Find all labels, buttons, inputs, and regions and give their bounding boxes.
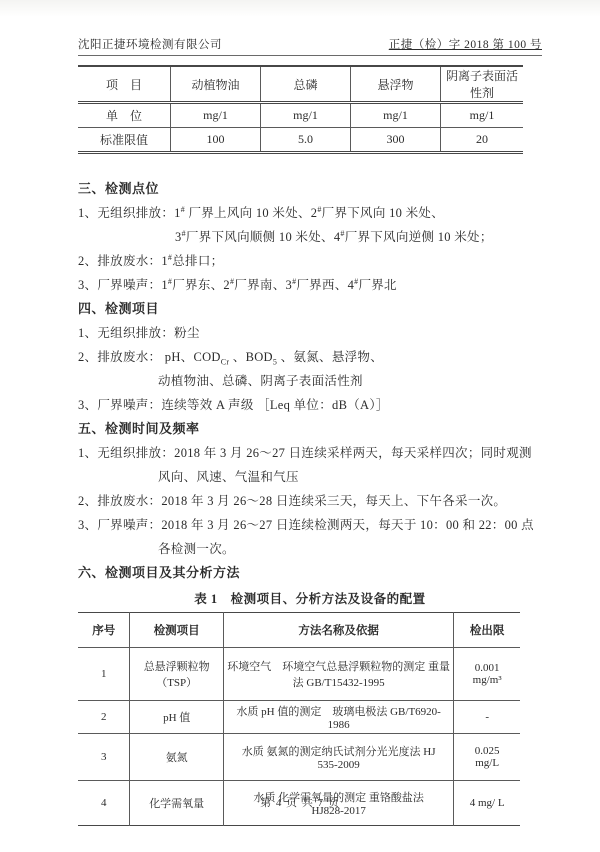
table-row: 单 位 mg/1 mg/1 mg/1 mg/1 [78, 103, 523, 128]
section-heading-time-frequency: 五、检测时间及频率 [78, 417, 542, 441]
table-row: 1 总悬浮颗粒物 （TSP） 环境空气 环境空气总悬浮颗粒物的测定 重量 法 G… [78, 648, 520, 701]
text-line: 3、厂界噪声：1#厂界东、2#厂界南、3#厂界西、4#厂界北 [78, 273, 542, 297]
cell-method: 水质 pH 值的测定 玻璃电极法 GB/T6920-1986 [223, 701, 453, 734]
cell: 300 [351, 128, 441, 153]
cell-method: 环境空气 环境空气总悬浮颗粒物的测定 重量 法 GB/T15432-1995 [223, 648, 453, 701]
table1-caption: 表 1 检测项目、分析方法及设备的配置 [78, 589, 542, 607]
column-header-method: 方法名称及依据 [223, 613, 453, 648]
text-line: 2、排放废水：1#总排口； [78, 249, 542, 273]
text-line: 动植物油、总磷、阴离子表面活性剂 [78, 369, 542, 393]
table-row: 项 目 动植物油 总磷 悬浮物 阴离子表面活性剂 [78, 66, 523, 103]
text-line: 3#厂界下风向顺侧 10 米处、4#厂界下风向逆侧 10 米处； [78, 225, 542, 249]
text-line: 风向、风速、气温和气压 [78, 465, 542, 489]
text-line: 3、厂界噪声：2018 年 3 月 26～27 日连续检测两天，每天于 10：0… [78, 513, 542, 537]
cell: 悬浮物 [351, 66, 441, 103]
table-row: 2 pH 值 水质 pH 值的测定 玻璃电极法 GB/T6920-1986 - [78, 701, 520, 734]
cell-limit: 0.001 mg/m³ [454, 648, 520, 701]
table-header-row: 序号 检测项目 方法名称及依据 检出限 [78, 613, 520, 648]
text-line: 1、无组织排放：粉尘 [78, 321, 542, 345]
limits-row-label: 项 目 [78, 66, 171, 103]
table-row: 3 氨氮 水质 氨氮的测定纳氏试剂分光光度法 HJ 535-2009 0.025… [78, 734, 520, 781]
text-line: 各检测一次。 [78, 537, 542, 561]
standard-limits-table: 项 目 动植物油 总磷 悬浮物 阴离子表面活性剂 单 位 mg/1 mg/1 m… [78, 65, 523, 154]
cell: mg/1 [351, 103, 441, 128]
table-row: 标准限值 100 5.0 300 20 [78, 128, 523, 153]
section-heading-monitoring-items: 四、检测项目 [78, 297, 542, 321]
section-heading-monitoring-points: 三、检测点位 [78, 177, 542, 201]
limits-row-label: 标准限值 [78, 128, 171, 153]
cell: mg/1 [441, 103, 524, 128]
document-page: 沈阳正捷环境检测有限公司 正捷（检）字 2018 第 100 号 项 目 动植物… [0, 0, 600, 852]
document-body: 三、检测点位 1、无组织排放：1# 厂界上风向 10 米处、2#厂界下风向 10… [78, 177, 542, 585]
cell-limit: - [454, 701, 520, 734]
cell-no: 1 [78, 648, 130, 701]
limits-row-label: 单 位 [78, 103, 171, 128]
page-header: 沈阳正捷环境检测有限公司 正捷（检）字 2018 第 100 号 [78, 36, 542, 56]
column-header-limit: 检出限 [454, 613, 520, 648]
cell-limit: 0.025 mg/L [454, 734, 520, 781]
page-number: 第 4 页 共 7 页 [0, 794, 600, 810]
doc-number: 正捷（检）字 2018 第 100 号 [389, 36, 542, 52]
text-line: 1、无组织排放：2018 年 3 月 26～27 日连续采样两天，每天采样四次；… [78, 441, 542, 465]
cell: 总磷 [261, 66, 351, 103]
company-name: 沈阳正捷环境检测有限公司 [78, 36, 222, 52]
cell: 100 [171, 128, 261, 153]
cell-method: 水质 氨氮的测定纳氏试剂分光光度法 HJ 535-2009 [223, 734, 453, 781]
column-header-no: 序号 [78, 613, 130, 648]
cell-item: pH 值 [130, 701, 224, 734]
text-line: 2、排放废水：2018 年 3 月 26～28 日连续采三天，每天上、下午各采一… [78, 489, 542, 513]
cell: mg/1 [261, 103, 351, 128]
text-line: 3、厂界噪声：连续等效 A 声级 ［Leq 单位：dB（A）］ [78, 393, 542, 417]
cell-item: 氨氮 [130, 734, 224, 781]
section-heading-analysis-methods: 六、检测项目及其分析方法 [78, 561, 542, 585]
cell-no: 3 [78, 734, 130, 781]
text-line: 2、排放废水： pH、CODCr 、BOD5 、氨氮、悬浮物、 [78, 345, 542, 369]
cell: 5.0 [261, 128, 351, 153]
cell-no: 2 [78, 701, 130, 734]
cell: 阴离子表面活性剂 [441, 66, 524, 103]
cell: 动植物油 [171, 66, 261, 103]
column-header-item: 检测项目 [130, 613, 224, 648]
cell-item: 总悬浮颗粒物 （TSP） [130, 648, 224, 701]
cell: mg/1 [171, 103, 261, 128]
cell: 20 [441, 128, 524, 153]
text-line: 1、无组织排放：1# 厂界上风向 10 米处、2#厂界下风向 10 米处、 [78, 201, 542, 225]
